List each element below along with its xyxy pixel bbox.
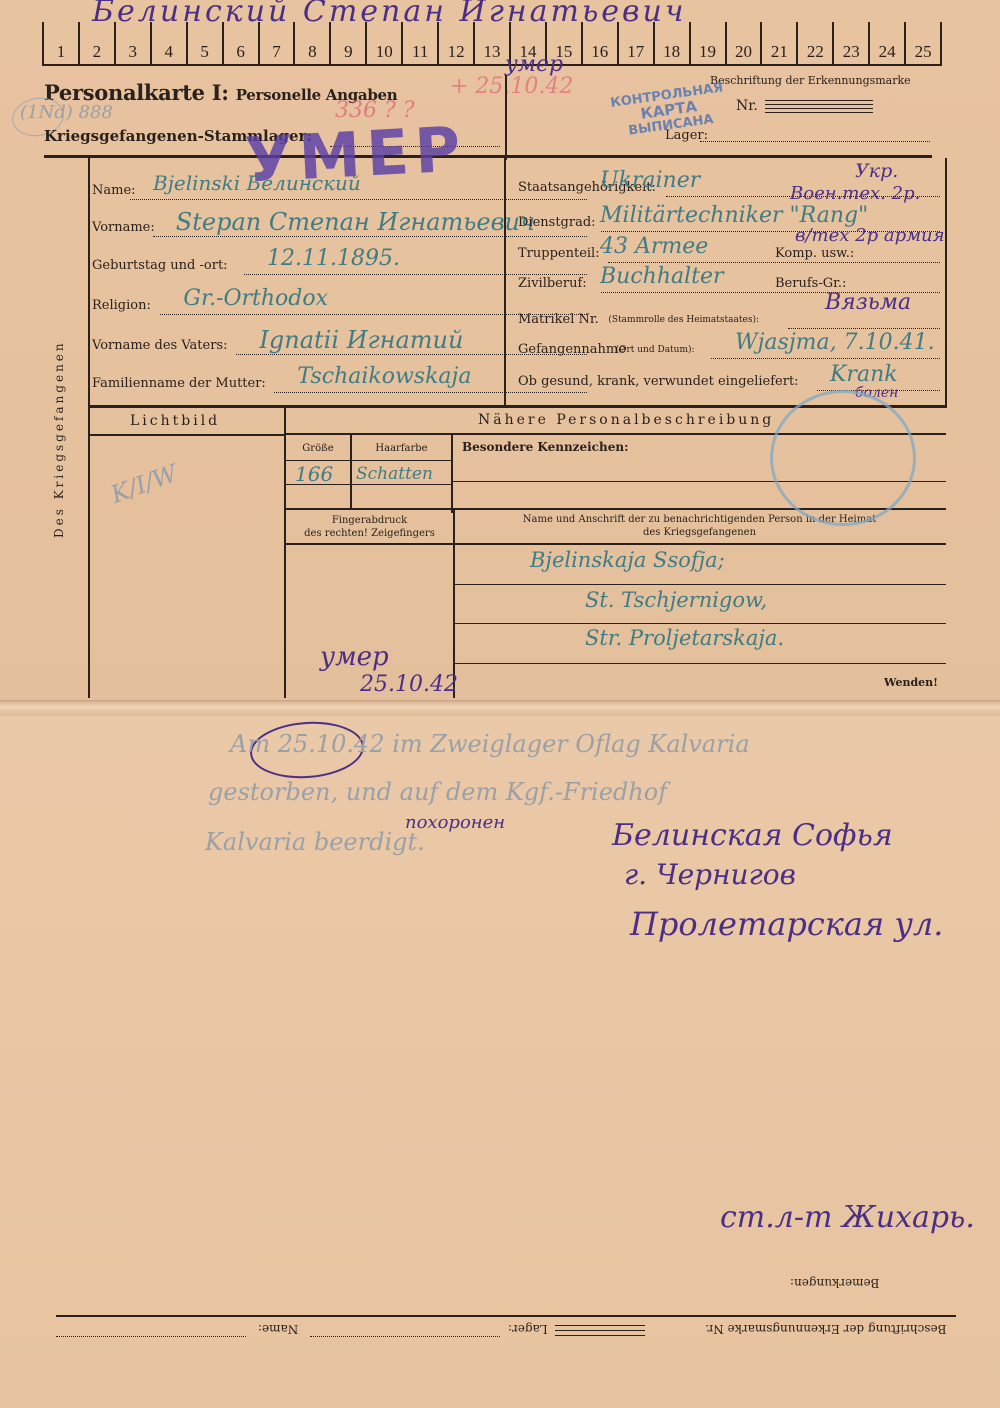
ruler-cell: 4 (150, 22, 186, 64)
ruler-cell: 24 (868, 22, 904, 64)
ruler-number: 21 (762, 42, 796, 62)
death-date: 25.10.42 (360, 672, 458, 697)
address-ru-2: г. Чернигов (624, 858, 796, 891)
nr-label: Nr. (736, 98, 758, 114)
note-unit: в/тех 2р армия (795, 225, 945, 246)
ruler-cell: 20 (725, 22, 761, 64)
bemerkungen-label: Bemerkungen: (790, 1276, 879, 1290)
signature: ст.л-т Жихарь. (720, 1200, 975, 1235)
field-label: Ob gesund, krank, verwundet eingeliefert… (518, 374, 799, 389)
ruler-cell: 21 (760, 22, 796, 64)
field-label: Familienname der Mutter: (92, 376, 266, 391)
ruler-number: 16 (583, 42, 617, 62)
ruler-number: 7 (260, 42, 294, 62)
field-line (130, 199, 587, 200)
field-line (153, 236, 587, 237)
ruler-cell: 19 (689, 22, 725, 64)
erkennungsmarke-label: Beschriftung der Erkennungsmarke (710, 74, 911, 87)
pencil-line-3: Kalvaria beerdigt. (205, 828, 425, 856)
size-rule-1 (286, 460, 453, 461)
lager-line (700, 141, 930, 142)
field-label: Gefangennahme (518, 342, 626, 357)
notify-rule (286, 543, 946, 545)
field-value: Bjelinski Белинский (153, 171, 361, 195)
field-value: Stepan Степан Игнатьевич (176, 208, 535, 236)
ruler-number: 4 (152, 42, 186, 62)
address-ru-3: Пролетарская ул. (630, 905, 943, 943)
bottom-erkennungsmarke: Beschriftung der Erkennungsmarke Nr. (705, 1322, 946, 1336)
note-vyazma: Вязьма (825, 290, 911, 315)
ruler-cell: 5 (186, 22, 222, 64)
field-extra-label: Komp. usw.: (775, 246, 854, 261)
ruler-number: 11 (403, 42, 437, 62)
bottom-rule (56, 1315, 956, 1317)
notify-line-3 (455, 663, 946, 664)
ruler-cell: 18 (653, 22, 689, 64)
nr-line-1 (765, 100, 873, 101)
field-label: Name: (92, 183, 136, 198)
pencil-line-2: gestorben, und auf dem Kgf.-Friedhof (208, 778, 667, 806)
nr-line-2 (765, 104, 873, 105)
bottom-nr-3 (555, 1335, 645, 1336)
ruler-cell: 2 (78, 22, 114, 64)
ruler-number: 20 (727, 42, 761, 62)
haarfarbe-value: Schatten (356, 464, 433, 484)
header-rule (44, 155, 932, 158)
round-stamp (770, 390, 916, 526)
ruler-number: 6 (224, 42, 258, 62)
field-line (244, 274, 587, 275)
wenden-label: Wenden! (884, 676, 938, 689)
field-label: Dienstgrad: (518, 215, 596, 230)
ruler-cell: 22 (796, 22, 832, 64)
ruler-cell: 17 (617, 22, 653, 64)
ruler-number: 2 (80, 42, 114, 62)
death-date-red: + 25.10.42 (450, 74, 573, 99)
card-fold (0, 700, 1000, 717)
ruler-cell: 8 (293, 22, 329, 64)
field-label: Zivilberuf: (518, 276, 587, 291)
notify-value-3: Str. Proljetarskaja. (585, 626, 784, 650)
ruler-number: 22 (798, 42, 832, 62)
pencil-line-1: Am 25.10.42 im Zweiglager Oflag Kalvaria (230, 730, 750, 758)
bottom-dotline-2 (310, 1336, 500, 1337)
death-note: умер (320, 642, 389, 672)
ruler-number: 3 (116, 42, 150, 62)
address-ru-1: Белинская Софья (612, 818, 893, 853)
frame-left (88, 158, 90, 698)
notify-line-1 (455, 584, 946, 585)
field-extra-label: Berufs-Gr.: (775, 276, 846, 291)
field-value: 12.11.1895. (267, 246, 400, 271)
ruler-cell: 10 (365, 22, 401, 64)
nr-line-4 (765, 112, 873, 113)
description-header: Nähere Personalbeschreibung (478, 412, 774, 428)
notify-label-2: des Kriegsgefangenen (453, 527, 946, 538)
groesse-label: Größe (286, 443, 350, 454)
frame-middle (504, 158, 506, 408)
desc-col-divider (451, 435, 453, 513)
field-label: Vorname: (92, 220, 155, 235)
ruler-number: 8 (295, 42, 329, 62)
field-line (711, 358, 940, 359)
note-rank: Воен.тех. 2р. (790, 183, 920, 204)
field-label: Vorname des Vaters: (92, 338, 227, 353)
finger-label-1: Fingerabdruck (286, 515, 453, 526)
side-label: Des Kriegsgefangenen (52, 340, 66, 538)
ruler-cell: 11 (401, 22, 437, 64)
ruler-number: 24 (870, 42, 904, 62)
notify-value-2: St. Tschjernigow, (585, 588, 767, 612)
field-value: Gr.-Orthodox (183, 286, 328, 311)
ruler-cell: 7 (258, 22, 294, 64)
note-ukr: Укр. (855, 160, 898, 182)
field-line (274, 392, 587, 393)
groesse-value: 166 (295, 462, 333, 486)
pencil-note: (1Nd) 888 (20, 102, 113, 123)
haarfarbe-label: Haarfarbe (352, 443, 451, 454)
ruler-number: 25 (906, 42, 940, 62)
ruler-cell: 13 (473, 22, 509, 64)
buried-ru: похоронен (405, 812, 505, 833)
ruler-number: 17 (619, 42, 653, 62)
field-value: Wjasjma, 7.10.41. (735, 330, 935, 355)
kennzeichen-label: Besondere Kennzeichen: (462, 440, 629, 454)
ruler-cell: 12 (437, 22, 473, 64)
ruler-number: 1 (44, 42, 78, 62)
ruler-number: 18 (655, 42, 689, 62)
nr-line-3 (765, 108, 873, 109)
ruler-cell: 3 (114, 22, 150, 64)
bottom-dotline-1 (56, 1336, 246, 1337)
ruler-number: 23 (834, 42, 868, 62)
lichtbild-rule (90, 434, 285, 436)
ruler-cell: 16 (581, 22, 617, 64)
bottom-nr-1 (555, 1325, 645, 1326)
bottom-name: Name: (258, 1322, 298, 1336)
field-value: Ignatii Игнатий (259, 326, 463, 354)
ruler-number: 5 (188, 42, 222, 62)
field-label: Religion: (92, 298, 151, 313)
finger-label-2: des rechten! Zeigefingers (286, 528, 453, 539)
field-label: Geburtstag und -ort: (92, 258, 228, 273)
field-line (608, 262, 940, 263)
header-divider (505, 75, 507, 160)
number-ruler: 1234567891011121314151617181920212223242… (42, 22, 942, 66)
ruler-number: 9 (331, 42, 365, 62)
frame-right (945, 158, 947, 408)
field-label-note: (Stammrolle des Heimatstaates): (608, 315, 759, 325)
ruler-cell: 25 (904, 22, 942, 64)
field-line (788, 328, 940, 329)
died-note-top: умер (505, 52, 563, 77)
field-label: Matrikel Nr. (518, 312, 599, 327)
notify-line-2 (455, 623, 946, 624)
field-value: Tschaikowskaja (297, 364, 471, 389)
field-value: Buchhalter (600, 264, 724, 289)
ruler-number: 12 (439, 42, 473, 62)
bottom-lager: Lager: (508, 1322, 548, 1336)
ruler-cell: 9 (329, 22, 365, 64)
lichtbild-label: Lichtbild (130, 413, 220, 429)
field-value: Ukrainer (600, 168, 700, 193)
size-rule-2 (286, 484, 453, 485)
ruler-cell: 6 (222, 22, 258, 64)
field-value: 43 Armee (600, 234, 708, 259)
ruler-number: 19 (691, 42, 725, 62)
finger-divider (453, 510, 455, 698)
ruler-cell: 23 (832, 22, 868, 64)
field-value: Krank (830, 362, 898, 387)
ruler-number: 13 (475, 42, 509, 62)
field-label: Truppenteil: (518, 246, 600, 261)
ruler-number: 10 (367, 42, 401, 62)
notify-value-1: Bjelinskaja Ssofja; (530, 548, 725, 572)
ruler-cell: 1 (42, 22, 78, 64)
bottom-nr-2 (555, 1330, 645, 1331)
field-label-note: (Ort und Datum): (616, 345, 695, 355)
